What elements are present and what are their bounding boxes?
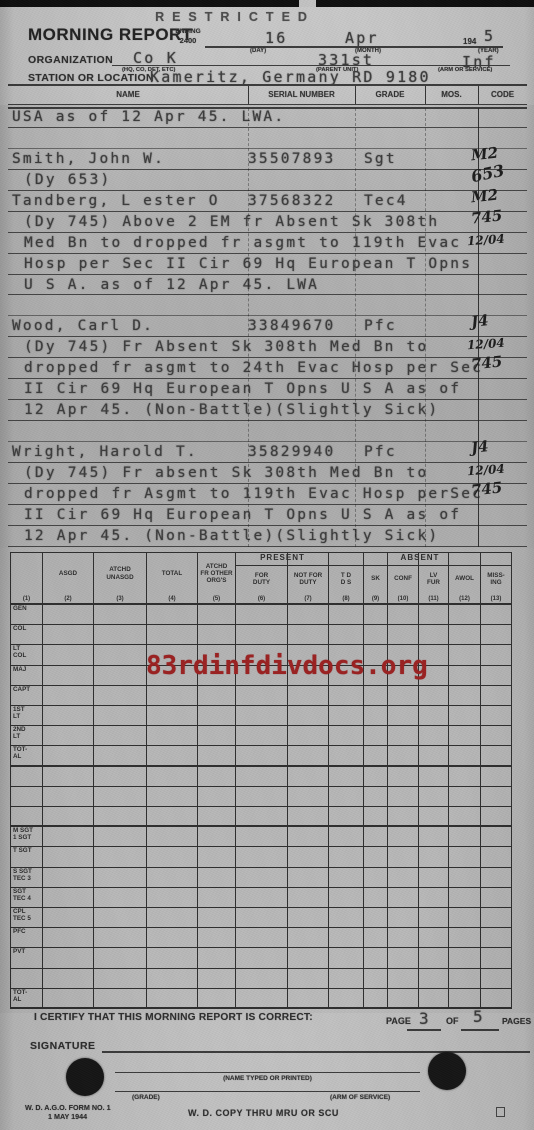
- stats-data-cell: [94, 948, 147, 967]
- stats-data-cell: [481, 787, 511, 806]
- handwritten-code: 12/04: [467, 336, 506, 353]
- stats-data-cell: [43, 989, 94, 1007]
- stats-data-cell: [364, 928, 388, 947]
- report-month: Apr: [345, 29, 379, 47]
- roster-entry-text: 12 Apr 45. (Non-Battle)(Slightly Sick): [24, 402, 439, 418]
- col-code: CODE: [478, 90, 527, 99]
- stats-column-header: SK(9): [364, 553, 388, 603]
- stats-data-cell: [364, 908, 388, 927]
- stats-data-cell: [388, 847, 419, 866]
- stats-column-label: T D D S: [329, 567, 363, 591]
- stats-data-cell: [329, 686, 364, 705]
- stats-data-cell: [198, 827, 236, 846]
- roster-row: [8, 421, 527, 442]
- page-number-rule: [407, 1029, 441, 1031]
- stats-row-label-cell: PVT: [11, 948, 43, 967]
- stats-data-cell: [481, 666, 511, 685]
- stats-data-cell: [198, 948, 236, 967]
- stats-data-cell: [449, 847, 481, 866]
- stats-data-cell: [364, 787, 388, 806]
- stats-data-cell: [43, 928, 94, 947]
- roster-header-divider: [355, 86, 356, 104]
- stats-row: 1ST LT: [11, 706, 511, 726]
- stats-data-cell: [198, 969, 236, 988]
- stats-row-label-cell: S SGT TEC 3: [11, 868, 43, 887]
- stats-data-cell: [481, 706, 511, 725]
- stats-data-cell: [236, 989, 288, 1007]
- stats-column-header: (1): [11, 553, 43, 603]
- stats-data-cell: [449, 969, 481, 988]
- stats-column-header: ASGD(2): [43, 553, 94, 603]
- stats-data-cell: [236, 605, 288, 624]
- stats-data-cell: [236, 807, 288, 825]
- stats-row-label-cell: SGT TEC 4: [11, 888, 43, 907]
- roster-row: II Cir 69 Hq European T Opns U S A as of: [8, 505, 527, 526]
- stats-data-cell: [236, 888, 288, 907]
- stats-row-label-cell: TOT- AL: [11, 746, 43, 764]
- stats-data-cell: [481, 888, 511, 907]
- stats-data-cell: [388, 767, 419, 786]
- stats-data-cell: [329, 767, 364, 786]
- stats-data-cell: [329, 706, 364, 725]
- stats-row-label-cell: CPL TEC 5: [11, 908, 43, 927]
- serial-number: 35829940: [248, 444, 335, 460]
- stats-data-cell: [329, 868, 364, 887]
- serial-number: 37568322: [248, 193, 335, 209]
- stats-data-cell: [147, 787, 198, 806]
- stats-column-header: ATCHD UNASGD(3): [94, 553, 147, 603]
- stats-data-cell: [94, 807, 147, 825]
- stats-data-cell: [288, 807, 329, 825]
- stats-data-cell: [236, 767, 288, 786]
- stats-data-cell: [481, 948, 511, 967]
- roster-row: Smith, John W.35507893SgtM2: [8, 149, 527, 170]
- stats-data-cell: [364, 868, 388, 887]
- stats-data-cell: [198, 686, 236, 705]
- stats-data-cell: [288, 868, 329, 887]
- roster-row: USA as of 12 Apr 45. LWA.: [8, 107, 527, 128]
- stats-data-cell: [147, 726, 198, 745]
- stats-data-cell: [388, 827, 419, 846]
- stats-row-label-cell: M SGT 1 SGT: [11, 827, 43, 846]
- stats-data-cell: [94, 605, 147, 624]
- stats-data-cell: [329, 605, 364, 624]
- stats-column-number: (7): [288, 596, 328, 602]
- stats-column-label: TOTAL: [147, 556, 197, 591]
- stats-column-header: T D D S(8): [329, 553, 364, 603]
- stats-data-cell: [481, 686, 511, 705]
- scan-top-edge-gap: [299, 0, 316, 7]
- stats-data-cell: [364, 605, 388, 624]
- stats-row: T SGT: [11, 847, 511, 867]
- stats-data-cell: [288, 827, 329, 846]
- roster-header-divider: [425, 86, 426, 104]
- stats-data-cell: [449, 726, 481, 745]
- watermark-text: 83rdinfdivdocs.org: [146, 651, 428, 681]
- roster-row: Hosp per Sec II Cir 69 Hq European T Opn…: [8, 254, 527, 275]
- stats-row-label: PFC: [11, 928, 42, 936]
- report-day: 16: [265, 29, 287, 47]
- stats-row: COL: [11, 625, 511, 645]
- stats-data-cell: [449, 827, 481, 846]
- stats-data-cell: [147, 746, 198, 764]
- page-label: PAGE: [386, 1016, 411, 1026]
- stats-data-cell: [419, 807, 449, 825]
- stats-row: [11, 807, 511, 827]
- stats-row-label-cell: [11, 969, 43, 988]
- stats-column-number: (11): [419, 596, 448, 602]
- grade-line-label: (GRADE): [132, 1094, 160, 1101]
- stats-data-cell: [147, 706, 198, 725]
- roster-entry-text: USA as of 12 Apr 45. LWA.: [12, 109, 285, 125]
- stats-column-header: NOT FOR DUTY(7): [288, 553, 329, 603]
- stats-column-header: ATCHD FR OTHER ORG'S(5): [198, 553, 236, 603]
- roster-entry-text: Wood, Carl D.: [12, 318, 154, 334]
- stats-data-cell: [449, 787, 481, 806]
- stats-column-label: ASGD: [43, 556, 93, 591]
- roster-row: U S A. as of 12 Apr 45. LWA: [8, 275, 527, 296]
- stats-data-cell: [449, 989, 481, 1007]
- stats-row: CPL TEC 5: [11, 908, 511, 928]
- stats-row-label: TOT- AL: [11, 746, 42, 761]
- stats-row-label: M SGT 1 SGT: [11, 827, 42, 842]
- stats-row: [11, 767, 511, 787]
- stats-data-cell: [329, 807, 364, 825]
- col-grade: GRADE: [355, 90, 425, 99]
- stats-data-cell: [388, 787, 419, 806]
- stats-data-cell: [481, 625, 511, 644]
- stats-data-cell: [481, 847, 511, 866]
- stats-data-cell: [43, 847, 94, 866]
- stats-data-cell: [94, 847, 147, 866]
- stats-data-cell: [94, 868, 147, 887]
- stats-data-cell: [94, 767, 147, 786]
- roster-entry-text: Wright, Harold T.: [12, 444, 198, 460]
- stats-data-cell: [43, 625, 94, 644]
- stats-row: TOT- AL: [11, 746, 511, 766]
- stats-column-number: (3): [94, 596, 146, 602]
- stats-data-cell: [236, 706, 288, 725]
- punch-hole-left: [66, 1058, 104, 1096]
- stats-row-label: TOT- AL: [11, 989, 42, 1004]
- col-serial-number: SERIAL NUMBER: [248, 90, 355, 99]
- roster-row: [8, 295, 527, 316]
- stats-data-cell: [449, 706, 481, 725]
- stats-data-cell: [236, 908, 288, 927]
- stats-column-header: AWOL(12): [449, 553, 481, 603]
- stats-data-cell: [147, 827, 198, 846]
- classification-stamp: RESTRICTED: [120, 10, 350, 24]
- roster-row: (Dy 745) Fr absent Sk 308th Med Bn to12/…: [8, 463, 527, 484]
- grade: Sgt: [364, 151, 397, 167]
- stats-data-cell: [198, 928, 236, 947]
- handwritten-code: 12/04: [467, 231, 506, 248]
- stats-column-header: TOTAL(4): [147, 553, 198, 603]
- stats-row-label-cell: [11, 787, 43, 806]
- stats-data-cell: [198, 847, 236, 866]
- stats-column-number: (10): [388, 596, 418, 602]
- stats-data-cell: [419, 625, 449, 644]
- stats-data-cell: [329, 908, 364, 927]
- stats-data-cell: [198, 989, 236, 1007]
- stats-data-cell: [288, 625, 329, 644]
- stats-column-number: (4): [147, 596, 197, 602]
- stats-data-cell: [481, 827, 511, 846]
- stats-data-cell: [236, 746, 288, 764]
- stats-data-cell: [419, 726, 449, 745]
- roster-column-guide: [248, 108, 249, 547]
- stats-data-cell: [449, 666, 481, 685]
- stats-data-cell: [198, 908, 236, 927]
- stats-row-label: CPL TEC 5: [11, 908, 42, 923]
- roster-row: [8, 128, 527, 149]
- stats-data-cell: [449, 928, 481, 947]
- stats-row-label: LT COL: [11, 645, 42, 660]
- stats-data-cell: [364, 827, 388, 846]
- pages-total: 5: [473, 1007, 485, 1026]
- stats-column-label: ATCHD FR OTHER ORG'S: [198, 556, 235, 591]
- roster-entry-text: dropped fr Asgmt to 119th Evac Hosp perS…: [24, 486, 483, 502]
- grade: Tec4: [364, 193, 408, 209]
- stats-row: GEN: [11, 605, 511, 625]
- stats-data-cell: [94, 827, 147, 846]
- stats-column-number: (9): [364, 596, 387, 602]
- stats-row-label: PVT: [11, 948, 42, 956]
- stats-data-cell: [481, 928, 511, 947]
- stats-column-number: (12): [449, 596, 480, 602]
- stats-row-label: SGT TEC 4: [11, 888, 42, 903]
- stats-data-cell: [236, 686, 288, 705]
- stats-data-cell: [147, 908, 198, 927]
- roster-header-divider: [478, 86, 479, 104]
- stats-row-label: T SGT: [11, 847, 42, 855]
- stats-column-label: [11, 556, 42, 591]
- stats-data-cell: [388, 807, 419, 825]
- stats-data-cell: [329, 928, 364, 947]
- stats-data-cell: [419, 686, 449, 705]
- stats-data-cell: [43, 969, 94, 988]
- stats-data-cell: [236, 928, 288, 947]
- stats-data-cell: [236, 969, 288, 988]
- handwritten-code: 12/04: [467, 462, 506, 479]
- stats-data-cell: [288, 686, 329, 705]
- ending-time: 2400: [170, 36, 206, 45]
- stats-data-cell: [364, 989, 388, 1007]
- stats-data-cell: [449, 888, 481, 907]
- stats-data-cell: [94, 706, 147, 725]
- stats-data-cell: [147, 868, 198, 887]
- stats-data-cell: [388, 948, 419, 967]
- stats-table: PRESENTABSENT(1)ASGD(2)ATCHD UNASGD(3)TO…: [10, 552, 512, 1009]
- arm-line-label: (ARM OF SERVICE): [330, 1094, 390, 1101]
- stats-column-header: FOR DUTY(6): [236, 553, 288, 603]
- roster-entry-text: (Dy 745) Above 2 EM fr Absent Sk 308th: [24, 214, 439, 230]
- roster-entry-text: II Cir 69 Hq European T Opns U S A as of: [24, 507, 461, 523]
- form-date: 1 MAY 1944: [48, 1112, 87, 1121]
- stats-row: CAPT: [11, 686, 511, 706]
- handwritten-code: J4: [470, 437, 489, 457]
- stats-data-cell: [329, 888, 364, 907]
- stats-data-cell: [288, 726, 329, 745]
- stats-column-label: CONF: [388, 567, 418, 591]
- pages-total-rule: [461, 1029, 499, 1031]
- stats-row-label-cell: LT COL: [11, 645, 43, 664]
- stats-data-cell: [288, 969, 329, 988]
- stats-data-cell: [43, 706, 94, 725]
- stats-data-cell: [236, 847, 288, 866]
- stats-data-cell: [198, 605, 236, 624]
- stats-data-cell: [388, 726, 419, 745]
- roster-entry-text: U S A. as of 12 Apr 45. LWA: [24, 277, 319, 293]
- stats-data-cell: [147, 605, 198, 624]
- stats-data-cell: [329, 989, 364, 1007]
- stats-data-cell: [198, 746, 236, 764]
- stats-data-cell: [419, 746, 449, 764]
- page-number: 3: [419, 1009, 431, 1028]
- stats-row: PFC: [11, 928, 511, 948]
- roster-entry-text: Smith, John W.: [12, 151, 165, 167]
- stats-row-label-cell: CAPT: [11, 686, 43, 705]
- grade: Pfc: [364, 318, 397, 334]
- form-id: W. D. A.G.O. FORM NO. 1: [25, 1103, 111, 1112]
- stats-column-label: ATCHD UNASGD: [94, 556, 146, 591]
- stats-data-cell: [419, 827, 449, 846]
- stats-data-cell: [288, 989, 329, 1007]
- stats-data-cell: [449, 686, 481, 705]
- stats-data-cell: [419, 847, 449, 866]
- stats-row: 2ND LT: [11, 726, 511, 746]
- stats-data-cell: [481, 746, 511, 764]
- stats-data-cell: [329, 787, 364, 806]
- ending-word: ENDING: [170, 28, 206, 36]
- stats-data-cell: [236, 868, 288, 887]
- stats-data-cell: [236, 787, 288, 806]
- stats-data-cell: [364, 948, 388, 967]
- stats-data-cell: [43, 787, 94, 806]
- stats-column-label: SK: [364, 567, 387, 591]
- stats-data-cell: [198, 807, 236, 825]
- stats-data-cell: [94, 908, 147, 927]
- stats-data-cell: [198, 625, 236, 644]
- stats-data-cell: [449, 746, 481, 764]
- stats-data-cell: [236, 625, 288, 644]
- year-prefix: 194: [463, 37, 476, 46]
- roster-column-guide: [355, 108, 356, 547]
- stats-data-cell: [481, 767, 511, 786]
- stats-data-cell: [419, 888, 449, 907]
- stats-row-label-cell: 1ST LT: [11, 706, 43, 725]
- code-column-rule: [478, 108, 479, 547]
- stats-data-cell: [43, 827, 94, 846]
- stats-data-cell: [388, 969, 419, 988]
- stats-data-cell: [449, 807, 481, 825]
- roster-column-guide: [425, 108, 426, 547]
- signature-rule: [102, 1051, 530, 1053]
- stats-data-cell: [43, 948, 94, 967]
- stats-data-cell: [147, 767, 198, 786]
- stats-column-label: MISS- ING: [481, 567, 511, 591]
- stats-column-label: NOT FOR DUTY: [288, 567, 328, 591]
- stats-column-header: MISS- ING(13): [481, 553, 511, 603]
- stats-data-cell: [481, 807, 511, 825]
- day-sublabel: (DAY): [250, 48, 266, 54]
- stats-data-cell: [236, 827, 288, 846]
- stats-data-cell: [388, 908, 419, 927]
- stats-data-cell: [449, 868, 481, 887]
- stats-data-cell: [329, 948, 364, 967]
- report-year: 5: [484, 27, 495, 45]
- stats-row: [11, 969, 511, 989]
- stats-data-cell: [388, 746, 419, 764]
- stats-data-cell: [198, 706, 236, 725]
- stats-row-label: 2ND LT: [11, 726, 42, 741]
- stats-data-cell: [147, 969, 198, 988]
- stats-data-cell: [481, 868, 511, 887]
- stats-data-cell: [481, 726, 511, 745]
- stats-data-cell: [481, 908, 511, 927]
- roster-row: (Dy 653)653: [8, 170, 527, 191]
- serial-number: 35507893: [248, 151, 335, 167]
- stats-data-cell: [43, 645, 94, 664]
- stats-data-cell: [329, 969, 364, 988]
- stats-data-cell: [388, 888, 419, 907]
- stats-data-cell: [329, 625, 364, 644]
- roster-row: dropped fr Asgmt to 119th Evac Hosp perS…: [8, 484, 527, 505]
- stats-row: SGT TEC 4: [11, 888, 511, 908]
- stats-data-cell: [419, 948, 449, 967]
- stats-data-cell: [364, 726, 388, 745]
- stats-data-cell: [419, 767, 449, 786]
- stats-row: TOT- AL: [11, 989, 511, 1009]
- name-typed-label: (NAME TYPED OR PRINTED): [115, 1075, 420, 1082]
- stats-data-cell: [43, 686, 94, 705]
- stats-data-cell: [481, 989, 511, 1007]
- stats-row-label-cell: PFC: [11, 928, 43, 947]
- stats-data-cell: [288, 847, 329, 866]
- stats-data-cell: [419, 605, 449, 624]
- stats-data-cell: [364, 686, 388, 705]
- stats-row-label: GEN: [11, 605, 42, 613]
- stats-data-cell: [288, 746, 329, 764]
- stats-row-label-cell: COL: [11, 625, 43, 644]
- stats-data-cell: [43, 746, 94, 764]
- stats-data-cell: [288, 888, 329, 907]
- serial-number: 33849670: [248, 318, 335, 334]
- stats-data-cell: [419, 868, 449, 887]
- stats-data-cell: [43, 726, 94, 745]
- roster-row: Wright, Harold T.35829940PfcJ4: [8, 442, 527, 463]
- stats-data-cell: [94, 746, 147, 764]
- stats-data-cell: [449, 645, 481, 664]
- stats-data-cell: [364, 847, 388, 866]
- morning-report-scan: RESTRICTED MORNING REPORT ENDING 2400 16…: [0, 0, 534, 1130]
- stats-column-header: CONF(10): [388, 553, 419, 603]
- stats-data-cell: [94, 645, 147, 664]
- punch-hole-right: [428, 1052, 466, 1090]
- stats-data-cell: [288, 706, 329, 725]
- roster-entry-text: Med Bn to dropped fr asgmt to 119th Evac: [24, 235, 461, 251]
- stats-data-cell: [94, 888, 147, 907]
- stats-data-cell: [419, 706, 449, 725]
- stats-data-cell: [147, 928, 198, 947]
- roster-row: Wood, Carl D.33849670PfcJ4: [8, 316, 527, 337]
- scan-top-edge: [0, 0, 534, 7]
- stats-data-cell: [419, 969, 449, 988]
- stats-data-cell: [94, 686, 147, 705]
- stats-data-cell: [388, 625, 419, 644]
- col-name: NAME: [8, 90, 248, 99]
- stats-data-cell: [198, 767, 236, 786]
